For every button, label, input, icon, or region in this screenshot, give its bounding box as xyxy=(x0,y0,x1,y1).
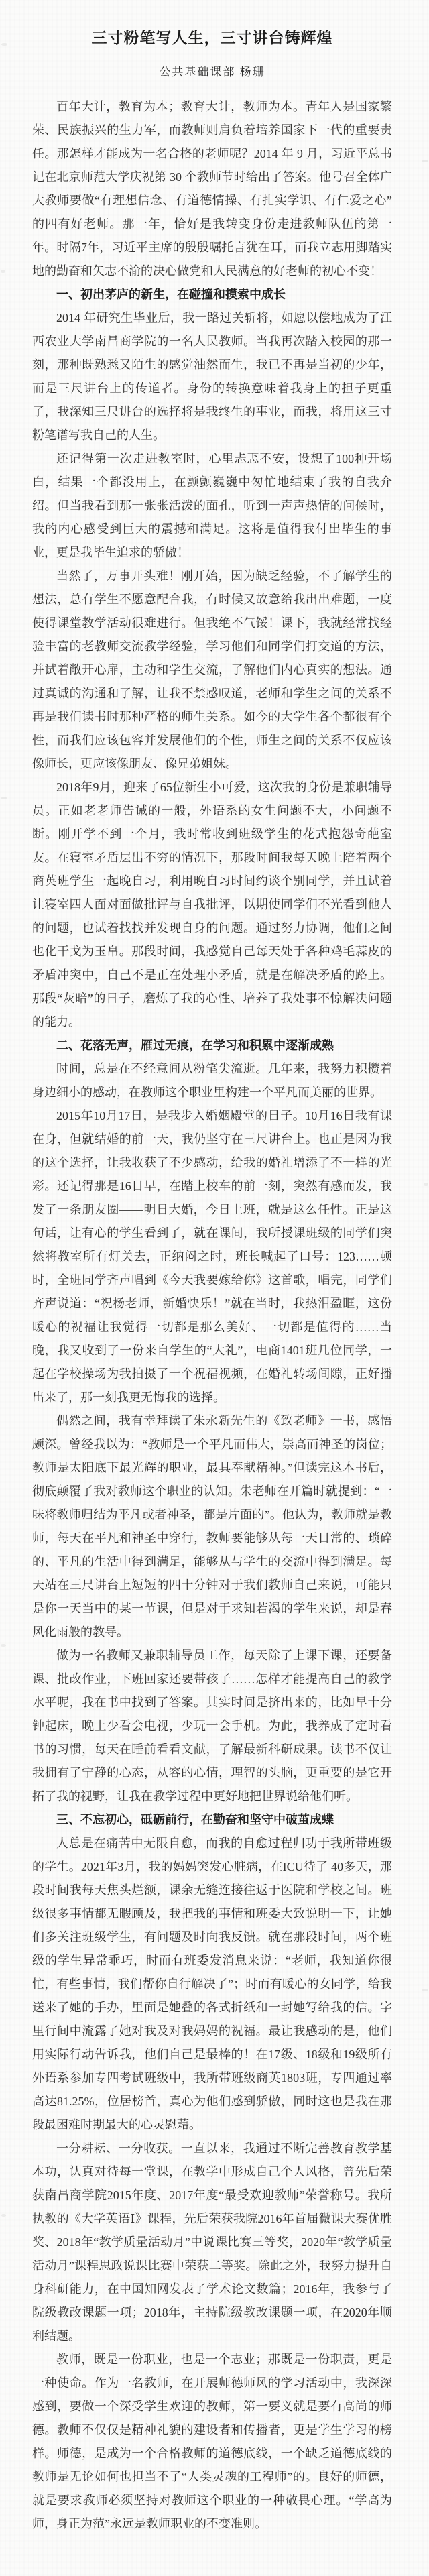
scan-artifact xyxy=(424,1183,428,1186)
document-title: 三寸粉笔写人生，三寸讲台铸辉煌 xyxy=(32,25,392,48)
body-paragraph: 2015年10月17日，是我步入婚姻殿堂的日子。10月16日我有课在身，但就结婚… xyxy=(32,1104,392,1409)
body-paragraph: 偶然之间，我有幸拜读了朱永新先生的《致老师》一书，感悟颇深。曾经我以为：“教师是… xyxy=(32,1409,392,1644)
scan-artifact xyxy=(1,1644,6,1647)
body-paragraph: 当然了，万事开头难！刚开始，因为缺乏经验，不了解学生的想法，总有学生不愿意配合我… xyxy=(32,565,392,776)
scanned-document-page: 三寸粉笔写人生，三寸讲台铸辉煌 公共基础课部 杨珊 百年大计，教育为本；教育大计… xyxy=(0,0,429,2576)
body-paragraph: 2014 年研究生毕业后，我一路过关斩将，如愿以偿地成为了江西农业大学南昌商学院… xyxy=(32,306,392,447)
body-paragraph: 2018年9月，迎来了65位新生小可爱，这次我的身份是兼职辅导员。正如老老师告诫… xyxy=(32,776,392,1034)
body-paragraph: 百年大计，教育为本；教育大计，教师为本。青年人是国家繁荣、民族振兴的生力军，而教… xyxy=(32,95,392,283)
body-paragraph: 一分耕耘、一分收获。一直以来，我通过不断完善教育教学基本功，认真对待每一堂课，在… xyxy=(32,2137,392,2348)
body-paragraph: 还记得第一次走进教室时，心里忐忑不安，设想了100种开场白，结果一个都没用上，在… xyxy=(32,447,392,565)
scan-artifact xyxy=(1,797,7,799)
document-byline: 公共基础课部 杨珊 xyxy=(32,62,392,79)
scan-artifact xyxy=(1,43,7,46)
article-body: 百年大计，教育为本；教育大计，教师为本。青年人是国家繁荣、民族振兴的生力军，而教… xyxy=(32,95,392,2536)
scan-artifact xyxy=(422,160,428,162)
body-paragraph: 教师，既是一份职业，也是一个志业；那既是一份职责，更是一种使命。作为一名教师，在… xyxy=(32,2348,392,2536)
section-heading: 一、初出茅庐的新生，在碰撞和摸索中成长 xyxy=(32,283,392,306)
body-paragraph: 做为一名教师又兼职辅导员工作，每天除了上课下课，还要备课、批改作业，下班回家还要… xyxy=(32,1644,392,1808)
section-heading: 三、不忘初心，砥砺前行，在勤奋和坚守中破茧成蝶 xyxy=(32,1808,392,1832)
scan-artifact xyxy=(1,2214,6,2217)
scan-artifact xyxy=(422,1989,428,1991)
scan-artifact xyxy=(1,270,5,273)
body-paragraph: 人总是在痛苦中无限自愈，而我的自愈过程归功于我所带班级的学生。2021年3月，我… xyxy=(32,1832,392,2137)
section-heading: 二、花落无声，雁过无痕，在学习和积累中逐渐成熟 xyxy=(32,1034,392,1057)
body-paragraph: 时间，总是在不经意间从粉笔尖流逝。几年来，我努力积攒着身边细小的感动，在教师这个… xyxy=(32,1057,392,1104)
